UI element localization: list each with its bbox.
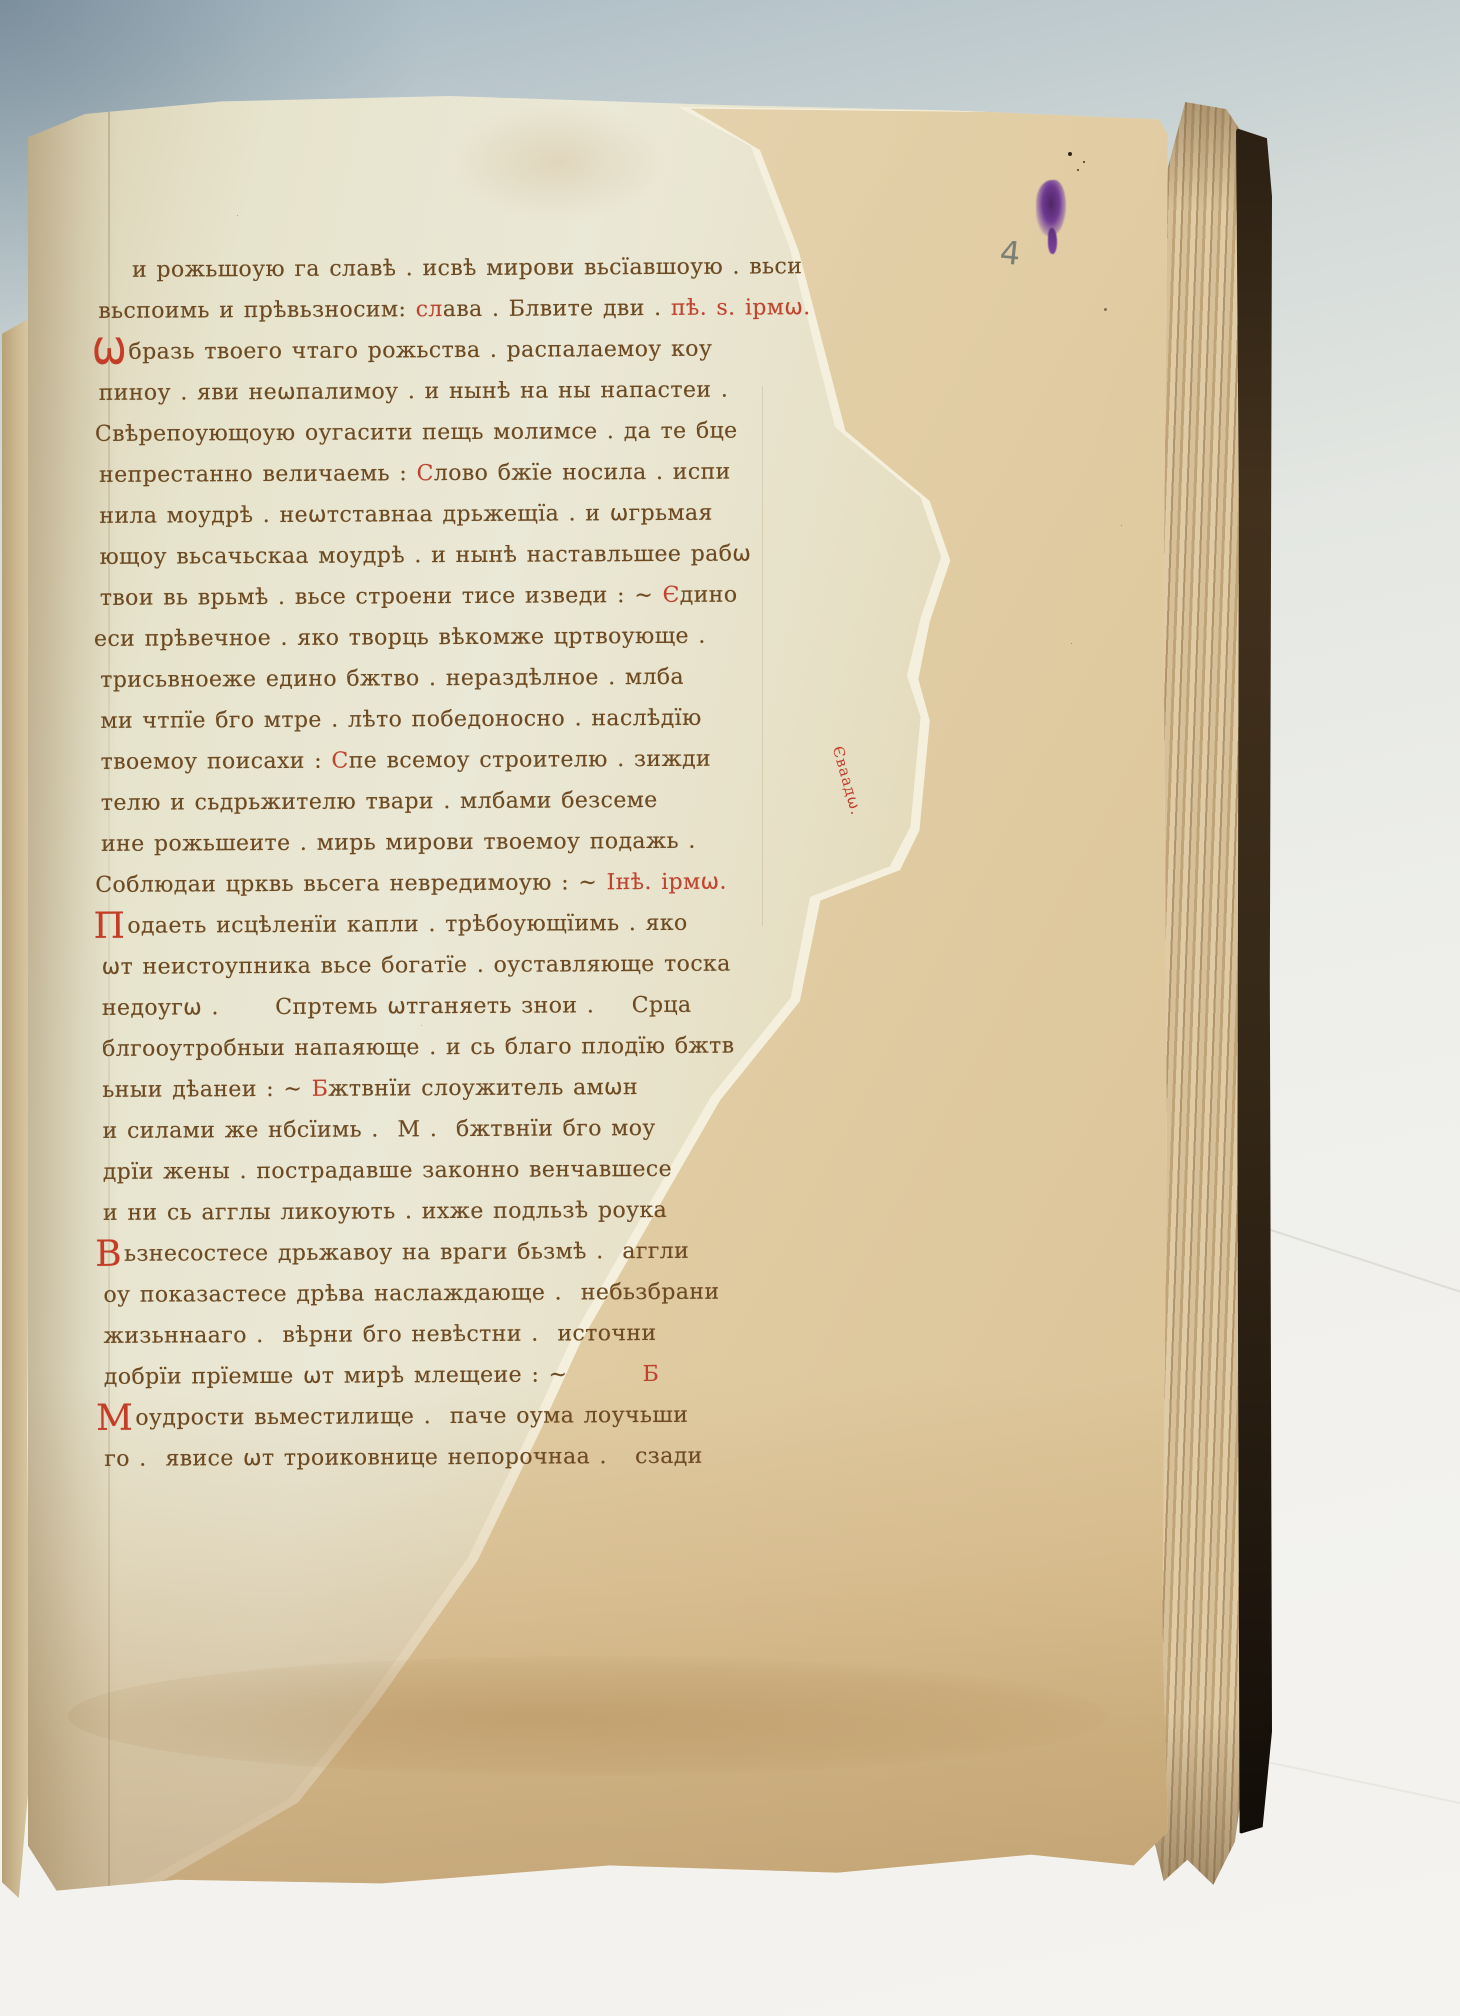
text-segment: твоемоу поисахи : <box>101 749 332 775</box>
text-segment: ющоу вьсачьскаа моудрѣ . и нынѣ наставль… <box>100 541 752 569</box>
manuscript-line: жизьннааго . вѣрни бго невѣстни . источн… <box>104 1321 657 1350</box>
manuscript-line: вьспоимь и прѣвьзносим: слава . Блвите д… <box>98 295 810 325</box>
text-segment: Б <box>643 1362 660 1387</box>
stain-band <box>68 1656 1108 1776</box>
manuscript-line: Свѣрепоующоую оугасити пещь молимсе . да… <box>95 419 738 448</box>
rubric-margin-note: Єваадѡ. <box>829 744 866 818</box>
text-segment: ине рожьшеите . мирь мирови твоемоу пода… <box>101 829 696 857</box>
folio-number: 4 <box>998 233 1022 273</box>
purple-ink-blot-tail <box>1048 228 1057 254</box>
manuscript-line: оу показастесе дрѣва наслаждающе . небьз… <box>103 1280 719 1309</box>
text-segment: жизьннааго . вѣрни бго невѣстни . источн… <box>104 1321 657 1349</box>
text-segment: го . явисе ѡт троиковнице непорочнаа . с… <box>104 1444 703 1472</box>
book-cover-edge <box>1236 128 1272 1834</box>
manuscript-line: ми чтпїе бго мтре . лѣто победоносно . н… <box>100 706 701 735</box>
text-segment: жтвнїи слоужитель амѡн <box>328 1075 638 1102</box>
text-segment: нила моудрѣ . неѡтставнаа дрьжещїа . и ѡ… <box>99 501 712 529</box>
text-segment: Соблюдаи црквь вьсега невредимоую : ~ <box>95 870 606 898</box>
manuscript-line: недоугѡ . Спртемь ѡтганяеть знои . Срца <box>102 993 692 1022</box>
ruling-line <box>762 386 763 926</box>
text-segment: телю и сьдрьжителю твари . млбами безсем… <box>101 788 658 816</box>
manuscript-line: дрїи жены . пострадавше законно венчавше… <box>103 1157 672 1186</box>
manuscript-line: трисьвноеже едино бжтво . нераздѣлное . … <box>100 665 684 694</box>
text-segment: Є <box>662 583 679 608</box>
manuscript-line: твоемоу поисахи : Спе всемоу строителю .… <box>101 747 712 776</box>
rubric-initial: П <box>93 906 125 947</box>
text-segment: лово бжїе носила . испи <box>434 460 731 487</box>
parchment-page: 4 и рожьшоую га славѣ . исвѣ мирови вьсї… <box>28 96 1168 1896</box>
text-segment: ьныи дѣанеи : ~ <box>102 1077 311 1103</box>
manuscript-line: пиноу . яви неѡпалимоу . и нынѣ на ны на… <box>99 378 729 407</box>
rubric-initial: М <box>96 1398 133 1439</box>
text-segment: Інѣ. ірмѡ. <box>607 870 727 896</box>
text-segment: и ни сь агглы ликоують . ихже подльзѣ ро… <box>103 1198 667 1226</box>
manuscript-line: Вьзнесостесе дрьжавоу на враги бьзмѣ . а… <box>95 1239 689 1268</box>
manuscript-line: Соблюдаи црквь вьсега невредимоую : ~ Ін… <box>95 870 727 899</box>
text-segment: оудрости вьместилище . паче оума лоучьши <box>135 1403 688 1431</box>
text-segment: одаеть исцѣленїи капли . трѣбоующїимь . … <box>127 911 687 939</box>
text-segment: сл <box>416 297 443 322</box>
text-segment: бразь твоего чтаго рожьства . распалаемо… <box>128 337 712 365</box>
text-segment: вьспоимь и прѣвьзносим: <box>98 297 416 324</box>
manuscript-line: непрестанно величаемь : Слово бжїе носил… <box>99 460 731 489</box>
text-segment: С <box>417 461 434 486</box>
text-segment: дрїи жены . пострадавше законно венчавше… <box>103 1157 672 1185</box>
manuscript-line: блгооутробныи напаяюще . и сь благо плод… <box>102 1034 734 1063</box>
text-segment: оу показастесе дрѣва наслаждающе . небьз… <box>103 1280 719 1308</box>
text-segment: пе всемоу строителю . зижди <box>349 747 712 774</box>
rubric-initial: Ѡ <box>92 332 126 373</box>
text-segment: ьзнесостесе дрьжавоу на враги бьзмѣ . аг… <box>124 1239 689 1267</box>
manuscript-line: ѡт неистоупника вьсе богатїе . оуставляю… <box>102 952 731 981</box>
text-segment: ѡт неистоупника вьсе богатїе . оуставляю… <box>102 952 731 980</box>
text-segment: и рожьшоую га славѣ . исвѣ мирови вьсїав… <box>132 254 802 283</box>
underlying-pages-edge <box>2 318 30 1898</box>
manuscript-line: Ѡбразь твоего чтаго рожьства . распалаем… <box>92 337 712 366</box>
manuscript-line: нила моудрѣ . неѡтставнаа дрьжещїа . и ѡ… <box>99 501 713 530</box>
manuscript-line: телю и сьдрьжителю твари . млбами безсем… <box>101 788 658 817</box>
text-segment: дино <box>680 583 738 608</box>
text-segment: ми чтпїе бго мтре . лѣто победоносно . н… <box>100 706 701 734</box>
top-stain <box>448 102 668 222</box>
text-segment: Свѣрепоующоую оугасити пещь молимсе . да… <box>95 419 738 447</box>
text-segment: и силами же нбсїимь . М . бжтвнїи бго мо… <box>103 1116 656 1144</box>
text-segment: еси прѣвечное . яко творць вѣкомже цртво… <box>94 624 706 652</box>
text-segment: пѣ. ѕ. ірмѡ. <box>671 295 811 321</box>
text-segment: недоугѡ . Спртемь ѡтганяеть знои . Срца <box>102 993 692 1021</box>
manuscript-line: еси прѣвечное . яко творць вѣкомже цртво… <box>94 624 706 653</box>
text-segment: Б <box>312 1077 329 1102</box>
rubric-initial: В <box>95 1234 122 1275</box>
text-block: и рожьшоую га славѣ . исвѣ мирови вьсїав… <box>98 254 818 258</box>
text-segment: пиноу . яви неѡпалимоу . и нынѣ на ны на… <box>99 378 729 406</box>
manuscript-line: ине рожьшеите . мирь мирови твоемоу пода… <box>101 829 696 858</box>
manuscript-line: и рожьшоую га славѣ . исвѣ мирови вьсїав… <box>132 254 802 284</box>
manuscript-line: твои вь врьмѣ . вьсе строени тисе изведи… <box>100 583 738 612</box>
manuscript-line: и силами же нбсїимь . М . бжтвнїи бго мо… <box>103 1116 656 1145</box>
ink-dots <box>1068 152 1072 156</box>
manuscript-line: го . явисе ѡт троиковнице непорочнаа . с… <box>104 1444 703 1473</box>
manuscript-line: ьныи дѣанеи : ~ Бжтвнїи слоужитель амѡн <box>102 1075 638 1104</box>
manuscript-line: и ни сь агглы ликоують . ихже подльзѣ ро… <box>103 1198 667 1227</box>
text-segment: непрестанно величаемь : <box>99 461 417 488</box>
manuscript-line: Подаеть исцѣленїи капли . трѣбоующїимь .… <box>93 911 687 940</box>
text-segment: добрїи прїемше ѡт мирѣ млещеие : ~ <box>104 1362 643 1390</box>
manuscript-line: Моудрости вьместилище . паче оума лоучьш… <box>96 1403 688 1432</box>
text-segment: блгооутробныи напаяюще . и сь благо плод… <box>102 1034 734 1062</box>
text-segment: С <box>331 749 348 774</box>
manuscript-line: ющоу вьсачьскаа моудрѣ . и нынѣ наставль… <box>100 541 752 570</box>
manuscript-line: добрїи прїемше ѡт мирѣ млещеие : ~ Б <box>104 1362 659 1391</box>
text-segment: трисьвноеже едино бжтво . нераздѣлное . … <box>100 665 684 693</box>
text-segment: ава . Блвите дви . <box>443 296 671 322</box>
text-segment: твои вь врьмѣ . вьсе строени тисе изведи… <box>100 583 663 611</box>
